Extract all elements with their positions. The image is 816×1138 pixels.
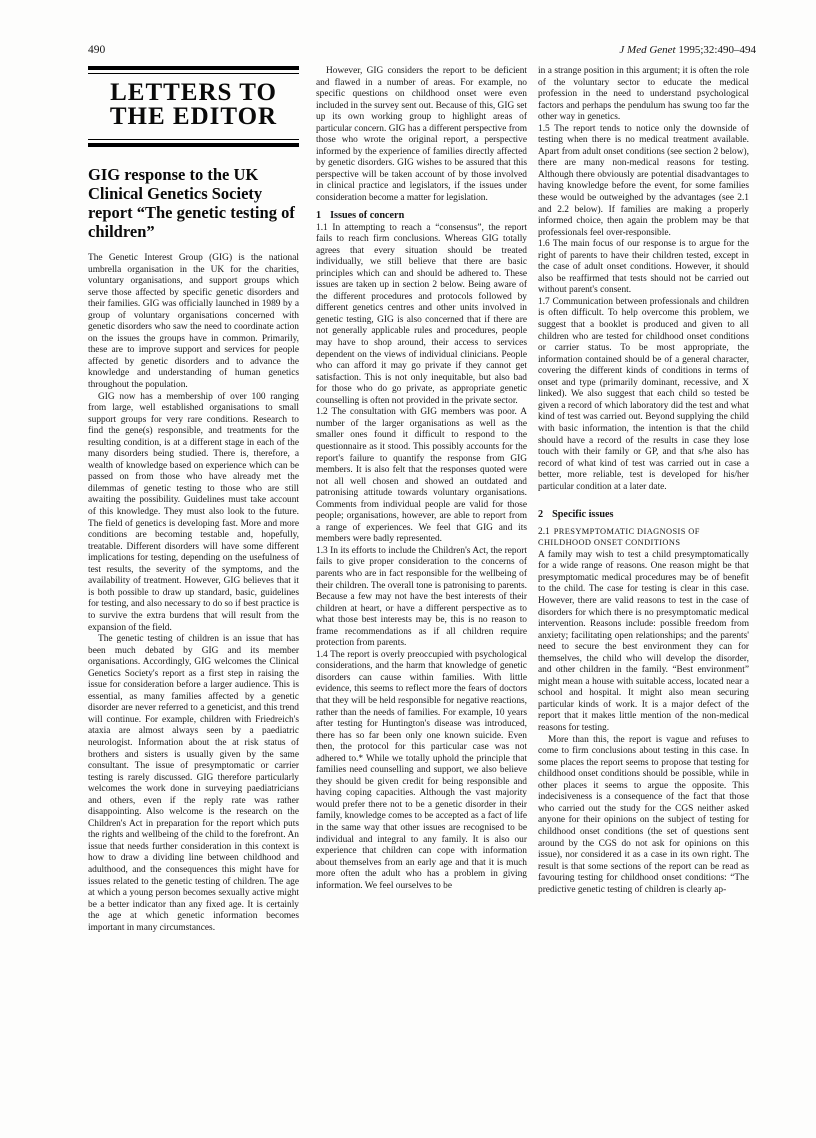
masthead-title: LETTERS TO THE EDITOR xyxy=(88,81,299,129)
section-heading-issues-of-concern: 1Issues of concern xyxy=(316,210,527,222)
paragraph-1-7-communication: 1.7 Communication between professionals … xyxy=(538,297,749,493)
paragraph-1-2-consultation: 1.2 The consultation with GIG members wa… xyxy=(316,407,527,546)
column-right: in a strange position in this argument; … xyxy=(538,66,749,896)
masthead-title-line1: LETTERS TO xyxy=(110,79,277,106)
journal-reference: J Med Genet 1995;32:490–494 xyxy=(619,44,756,56)
paragraph-1-6-main-focus: 1.6 The main focus of our response is to… xyxy=(538,239,749,297)
subsection-title: PRESYMPTOMATIC DIAGNOSIS OF CHILDHOOD ON… xyxy=(538,527,700,547)
paragraph-gig-membership: GIG now has a membership of over 100 ran… xyxy=(88,392,299,634)
subsection-heading-presymptomatic-diagnosis: 2.1PRESYMPTOMATIC DIAGNOSIS OF CHILDHOOD… xyxy=(538,527,749,549)
journal-citation: 1995;32:490–494 xyxy=(678,44,756,56)
column-middle: However, GIG considers the report to be … xyxy=(316,66,527,892)
paragraph-2-1-family-testing-reasons: A family may wish to test a child presym… xyxy=(538,550,749,735)
article-title: GIG response to the UK Clinical Genetics… xyxy=(88,165,299,241)
journal-name: J Med Genet xyxy=(619,44,675,56)
paragraph-testing-of-children-issue: The genetic testing of children is an is… xyxy=(88,634,299,934)
paragraph-1-5-downside: 1.5 The report tends to notice only the … xyxy=(538,124,749,239)
page-header: 490 J Med Genet 1995;32:490–494 xyxy=(88,44,756,56)
section-title: Specific issues xyxy=(552,509,613,520)
column-left: LETTERS TO THE EDITOR GIG response to th… xyxy=(88,66,299,934)
subsection-number: 2.1 xyxy=(538,527,550,537)
letters-masthead: LETTERS TO THE EDITOR xyxy=(88,66,299,147)
paragraph-1-4-psychological: 1.4 The report is overly preoccupied wit… xyxy=(316,650,527,892)
section-heading-specific-issues: 2Specific issues xyxy=(538,509,749,521)
paragraph-report-deficient: However, GIG considers the report to be … xyxy=(316,66,527,205)
journal-page: 490 J Med Genet 1995;32:490–494 LETTERS … xyxy=(0,0,816,1138)
section-number: 2 xyxy=(538,509,543,521)
paragraph-1-1-consensus: 1.1 In attempting to reach a “consensus”… xyxy=(316,223,527,408)
page-number: 490 xyxy=(88,44,105,56)
masthead-rule-bottom-thick xyxy=(88,143,299,147)
masthead-rule-bottom-thin xyxy=(88,139,299,140)
paragraph-gig-introduction: The Genetic Interest Group (GIG) is the … xyxy=(88,253,299,392)
section-number: 1 xyxy=(316,210,321,222)
paragraph-2-1-report-vague: More than this, the report is vague and … xyxy=(538,735,749,897)
masthead-rule-top-thin xyxy=(88,73,299,74)
paragraph-1-3-childrens-act: 1.3 In its efforts to include the Childr… xyxy=(316,546,527,650)
masthead-title-line2: THE EDITOR xyxy=(110,103,277,130)
masthead-rule-top-thick xyxy=(88,66,299,70)
paragraph-1-4-continued: in a strange position in this argument; … xyxy=(538,66,749,124)
section-title: Issues of concern xyxy=(330,210,404,221)
